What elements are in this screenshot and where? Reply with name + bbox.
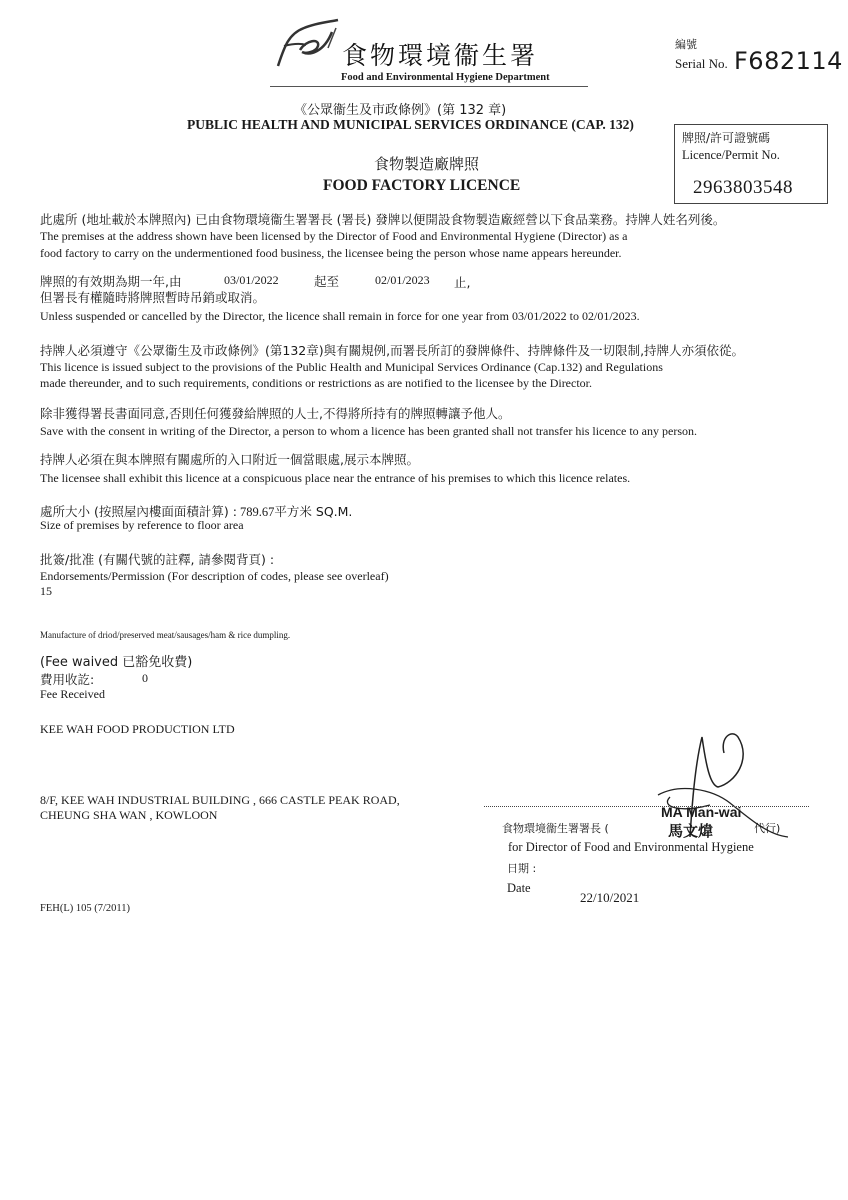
serial-label-cn: 編號 [675, 36, 697, 52]
serial-label-en: Serial No. [675, 56, 728, 72]
signatory-name-cn: 馬文煒 [668, 820, 713, 841]
premises-size-label-cn: 處所大小 (按照屋內樓面面積計算) : [40, 504, 237, 519]
licence-title-cn: 食物製造廠牌照 [374, 153, 479, 174]
validity-text-cn-end: 止, [454, 273, 470, 291]
validity-from-date: 03/01/2022 [224, 273, 279, 288]
signature-line [484, 806, 809, 807]
endorsements-label-cn: 批簽/批准 (有關代號的註釋, 請參閱背頁) : [40, 550, 274, 568]
licensee-address-line-2: CHEUNG SHA WAN , KOWLOON [40, 808, 217, 823]
fee-received-value: 0 [142, 671, 148, 686]
form-code: FEH(L) 105 (7/2011) [40, 903, 130, 914]
permit-label-cn: 牌照/許可證號碼 [682, 129, 770, 146]
validity-text-en: Unless suspended or cancelled by the Dir… [40, 309, 640, 324]
signature-mark-icon [640, 725, 820, 840]
transfer-text-en: Save with the consent in writing of the … [40, 424, 697, 439]
department-name-cn: 食物環境衞生署 [342, 36, 538, 72]
fee-received-label-cn: 費用收訖: [40, 670, 94, 688]
validity-text-cn-2: 但署長有權隨時將牌照暫時吊銷或取消。 [40, 288, 265, 306]
ordinance-title-cn: 《公眾衞生及市政條例》(第 132 章) [294, 99, 506, 118]
header-rule [270, 86, 588, 87]
licence-title-en: FOOD FACTORY LICENCE [323, 177, 520, 195]
signatory-role-en: for Director of Food and Environmental H… [508, 840, 754, 855]
provisions-text-en-2: made thereunder, and to such requirement… [40, 376, 592, 391]
date-label-en: Date [507, 881, 531, 896]
serial-number: F682114 [734, 47, 843, 75]
issue-date: 22/10/2021 [580, 890, 639, 906]
exhibit-text-cn: 持牌人必須在與本牌照有關處所的入口附近一個當眼處,展示本牌照。 [40, 450, 419, 468]
department-name-en: Food and Environmental Hygiene Departmen… [341, 72, 550, 83]
licensee-address-line-1: 8/F, KEE WAH INDUSTRIAL BUILDING , 666 C… [40, 793, 400, 808]
signatory-role-cn-prefix: 食物環境衞生署署長 ( [502, 820, 609, 836]
endorsements-label-en: Endorsements/Permission (For description… [40, 569, 389, 584]
permit-label-en: Licence/Permit No. [682, 148, 780, 163]
fee-waived-note: (Fee waived 已豁免收費) [40, 651, 192, 670]
signatory-role-cn-suffix: 代行) [754, 820, 780, 836]
exhibit-text-en: The licensee shall exhibit this licence … [40, 471, 630, 486]
fehd-logo-icon [270, 18, 340, 68]
intro-text-cn: 此處所 (地址載於本牌照內) 已由食物環境衞生署署長 (署長) 發牌以便開設食物… [40, 210, 725, 228]
endorsement-description: Manufacture of driod/preserved meat/saus… [40, 630, 290, 640]
intro-text-en-2: food factory to carry on the undermentio… [40, 246, 621, 261]
transfer-text-cn: 除非獲得署長書面同意,否則任何獲發給牌照的人士,不得將所持有的牌照轉讓予他人。 [40, 404, 510, 422]
validity-text-cn-mid: 起至 [314, 272, 339, 290]
provisions-text-cn: 持牌人必須遵守《公眾衞生及市政條例》(第132章)與有關規例,而署長所訂的發牌條… [40, 341, 744, 359]
validity-to-date: 02/01/2023 [375, 273, 430, 288]
signatory-name-en: MA Man-wai [661, 804, 741, 820]
premises-size-label-en: Size of premises by reference to floor a… [40, 518, 244, 533]
fee-received-label-en: Fee Received [40, 687, 105, 702]
provisions-text-en-1: This licence is issued subject to the pr… [40, 360, 663, 375]
licensee-name: KEE WAH FOOD PRODUCTION LTD [40, 722, 235, 737]
date-label-cn: 日期 : [507, 860, 536, 876]
premises-size-unit: 平方米 SQ.M. [274, 504, 352, 519]
premises-size-value: 789.67 [240, 505, 274, 519]
permit-number: 2963803548 [693, 177, 793, 199]
ordinance-title-en: PUBLIC HEALTH AND MUNICIPAL SERVICES ORD… [187, 117, 634, 133]
endorsement-code: 15 [40, 584, 52, 599]
intro-text-en-1: The premises at the address shown have b… [40, 229, 627, 244]
